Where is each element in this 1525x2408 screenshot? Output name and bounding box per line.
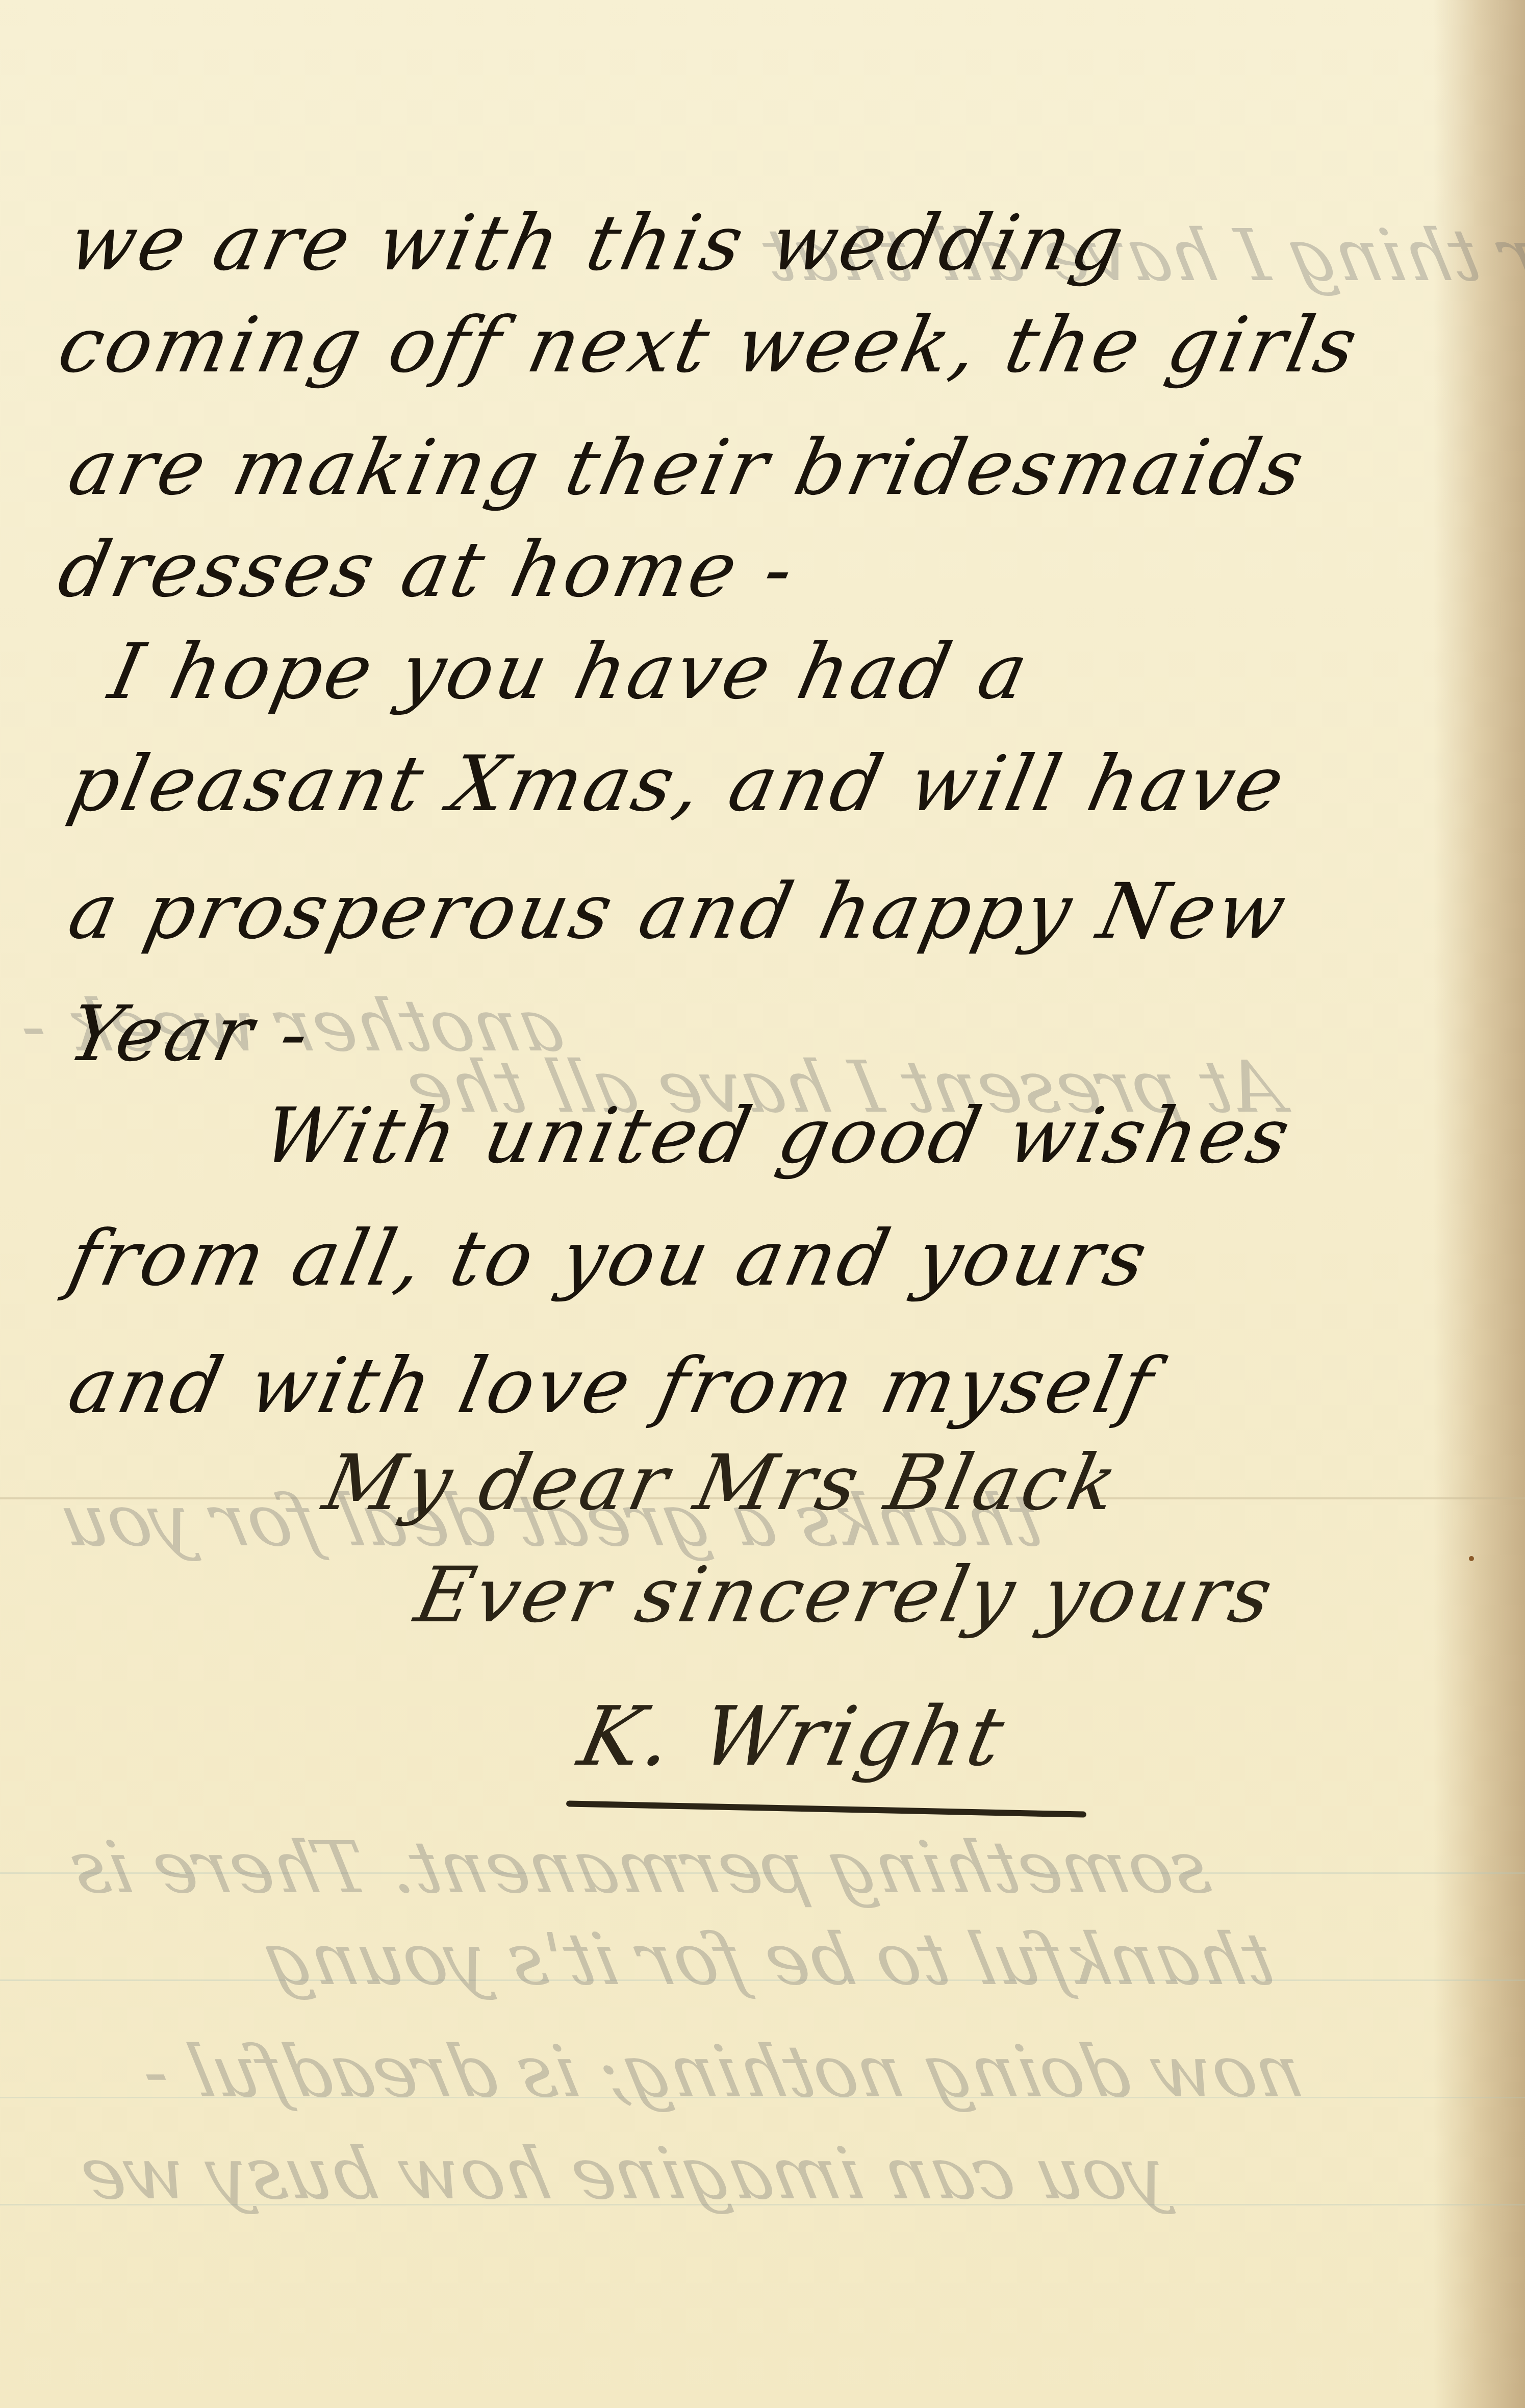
letter-line: we are with this wedding	[61, 199, 1134, 288]
letter-page: Another thing I have all that another we…	[0, 0, 1525, 2408]
letter-line: With united good wishes	[255, 1092, 1300, 1181]
letter-line: from all, to you and yours	[61, 1214, 1157, 1303]
letter-line: dresses at home -	[51, 525, 804, 614]
letter-line: Year -	[61, 990, 320, 1078]
letter-line: a prosperous and happy New	[61, 867, 1297, 956]
letter-line: and with love from myself	[61, 1342, 1163, 1431]
salutation: My dear Mrs Black	[316, 1439, 1128, 1527]
letter-line: coming off next week, the girls	[51, 301, 1367, 390]
letter-line: are making their bridesmaids	[61, 423, 1314, 512]
letter-line: pleasant Xmas, and will have	[61, 740, 1294, 829]
valediction: Ever sincerely yours	[408, 1551, 1283, 1640]
bleed-through-text: you can imagine how busy we	[73, 2133, 1174, 2216]
signature-underline	[566, 1800, 1086, 1817]
letter-line: I hope you have had a	[102, 628, 1038, 716]
foxing-spot	[1469, 1556, 1474, 1561]
bleed-through-text: thankful to be for it's young	[257, 1918, 1282, 2001]
signature: K. Wright	[571, 1689, 1015, 1784]
bleed-through-text: something permanent. There is	[63, 1826, 1217, 1910]
bleed-through-text: now doing nothing; is dreadful -	[134, 2030, 1310, 2114]
